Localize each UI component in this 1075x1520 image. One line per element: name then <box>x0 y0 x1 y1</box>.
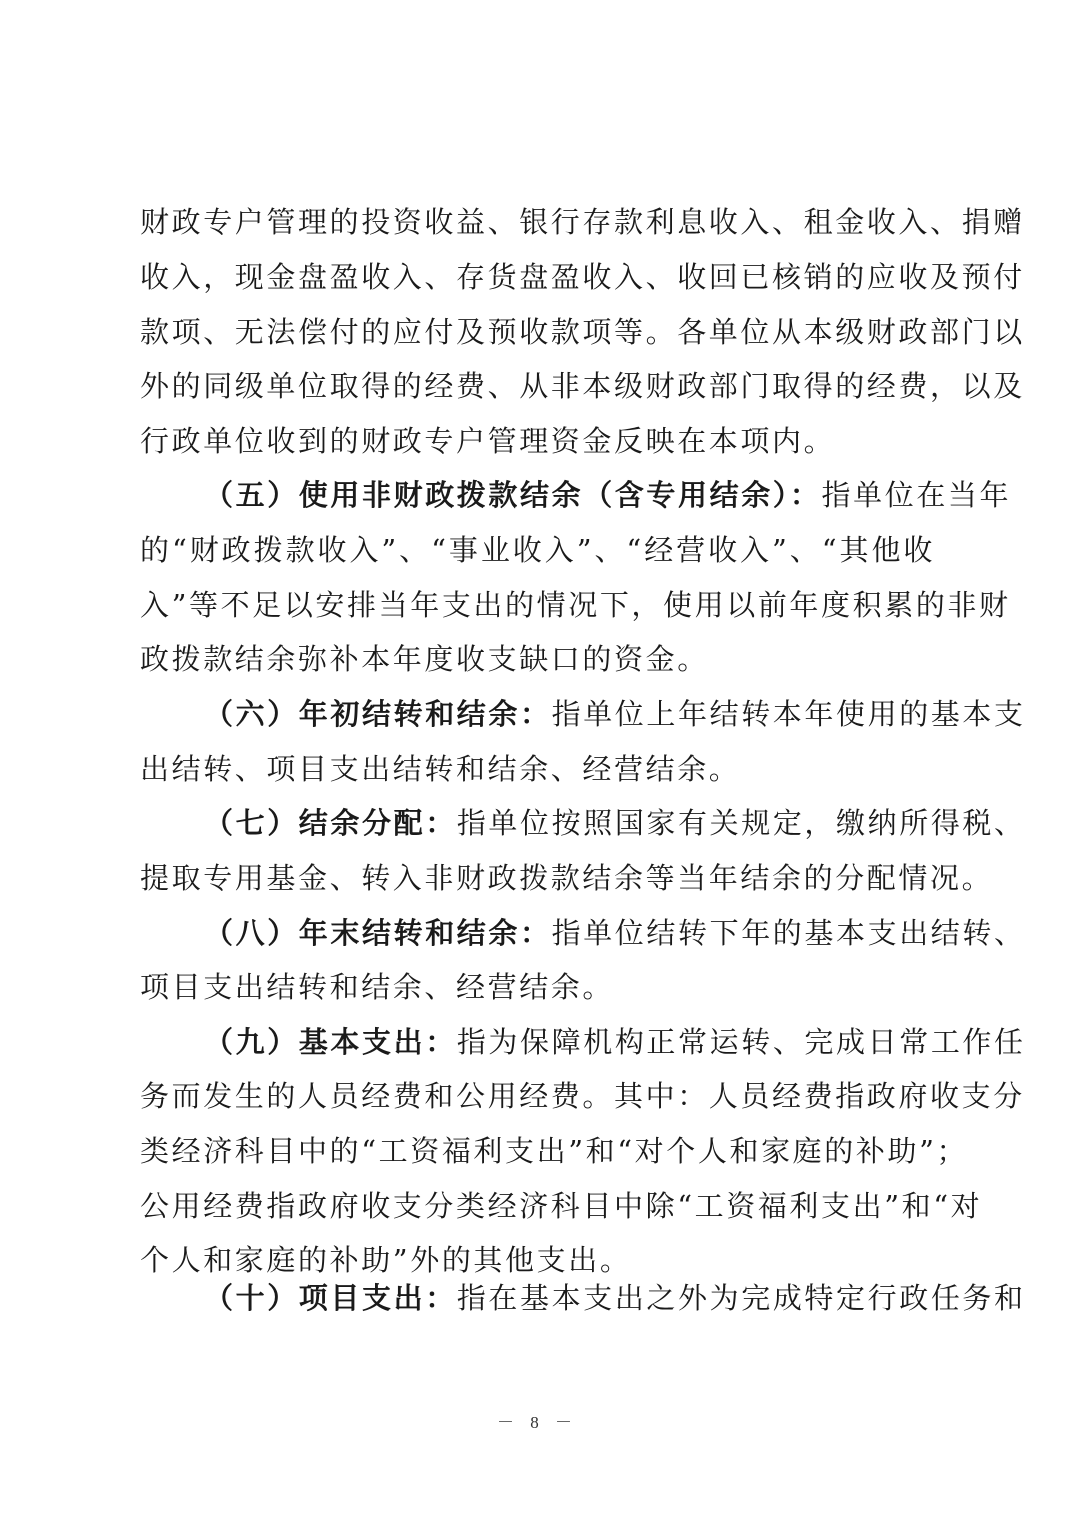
line-text: 收入，现金盘盈收入、存货盘盈收入、收回已核销的应收及预付 <box>140 260 1025 294</box>
text-line: 务而发生的人员经费和公用经费。其中：人员经费指政府收支分 <box>140 1076 935 1116</box>
section-7-first-line: （七）结余分配：指单位按照国家有关规定，缴纳所得税、 <box>204 803 935 843</box>
line-text: 指单位在当年 <box>822 478 1012 512</box>
line-text: 指在基本支出之外为完成特定行政任务和 <box>457 1281 1026 1315</box>
section-heading: （六）年初结转和结余： <box>204 697 552 731</box>
section-10-first-line: （十）项目支出：指在基本支出之外为完成特定行政任务和 <box>204 1278 935 1318</box>
section-5-first-line: （五）使用非财政拨款结余（含专用结余）：指单位在当年 <box>204 475 935 515</box>
line-text: 提取专用基金、转入非财政拨款结余等当年结余的分配情况。 <box>140 861 993 895</box>
text-line: 款项、无法偿付的应付及预收款项等。各单位从本级财政部门以 <box>140 312 935 352</box>
section-heading: （七）结余分配： <box>204 806 457 840</box>
text-line: 的“财政拨款收入”、“事业收入”、“经营收入”、“其他收 <box>140 530 935 570</box>
line-text: 指为保障机构正常运转、完成日常工作任 <box>457 1025 1026 1059</box>
line-text: 财政专户管理的投资收益、银行存款利息收入、租金收入、捐赠 <box>140 205 1025 239</box>
text-line: 公用经费指政府收支分类经济科目中除“工资福利支出”和“对 <box>140 1186 935 1226</box>
line-text: 指单位上年结转本年使用的基本支 <box>552 697 1026 731</box>
line-text: 公用经费指政府收支分类经济科目中除“工资福利支出”和“对 <box>140 1189 982 1223</box>
line-text: 项目支出结转和结余、经营结余。 <box>140 970 614 1004</box>
section-9-first-line: （九）基本支出：指为保障机构正常运转、完成日常工作任 <box>204 1022 935 1062</box>
text-line: 外的同级单位取得的经费、从非本级财政部门取得的经费，以及 <box>140 366 935 406</box>
section-heading: （五）使用非财政拨款结余（含专用结余）： <box>204 478 822 512</box>
section-6-first-line: （六）年初结转和结余：指单位上年结转本年使用的基本支 <box>204 694 935 734</box>
text-line: 行政单位收到的财政专户管理资金反映在本项内。 <box>140 421 835 461</box>
page-number: － 8 － <box>0 1408 1075 1433</box>
text-line: 收入，现金盘盈收入、存货盘盈收入、收回已核销的应收及预付 <box>140 257 935 297</box>
line-text: 政拨款结余弥补本年度收支缺口的资金。 <box>140 642 709 676</box>
line-text: 外的同级单位取得的经费、从非本级财政部门取得的经费，以及 <box>140 369 1025 403</box>
line-text: 出结转、项目支出结转和结余、经营结余。 <box>140 752 740 786</box>
text-line: 项目支出结转和结余、经营结余。 <box>140 967 614 1007</box>
line-text: 类经济科目中的“工资福利支出”和“对个人和家庭的补助”； <box>140 1134 968 1168</box>
line-text: 的“财政拨款收入”、“事业收入”、“经营收入”、“其他收 <box>140 533 935 567</box>
line-text: 务而发生的人员经费和公用经费。其中：人员经费指政府收支分 <box>140 1079 1025 1113</box>
document-page: 财政专户管理的投资收益、银行存款利息收入、租金收入、捐赠 收入，现金盘盈收入、存… <box>0 0 1075 1520</box>
text-line: 提取专用基金、转入非财政拨款结余等当年结余的分配情况。 <box>140 858 993 898</box>
line-text: 行政单位收到的财政专户管理资金反映在本项内。 <box>140 424 835 458</box>
section-heading: （八）年末结转和结余： <box>204 916 552 950</box>
text-line: 个人和家庭的补助”外的其他支出。 <box>140 1240 631 1280</box>
line-text: 个人和家庭的补助”外的其他支出。 <box>140 1243 631 1277</box>
line-text: 指单位按照国家有关规定，缴纳所得税、 <box>457 806 1026 840</box>
text-line: 财政专户管理的投资收益、银行存款利息收入、租金收入、捐赠 <box>140 202 935 242</box>
line-text: 入”等不足以安排当年支出的情况下，使用以前年度积累的非财 <box>140 588 1011 622</box>
text-line: 类经济科目中的“工资福利支出”和“对个人和家庭的补助”； <box>140 1131 935 1171</box>
text-line: 入”等不足以安排当年支出的情况下，使用以前年度积累的非财 <box>140 585 935 625</box>
line-text: 款项、无法偿付的应付及预收款项等。各单位从本级财政部门以 <box>140 315 1025 349</box>
section-8-first-line: （八）年末结转和结余：指单位结转下年的基本支出结转、 <box>204 913 935 953</box>
line-text: 指单位结转下年的基本支出结转、 <box>552 916 1026 950</box>
text-line: 出结转、项目支出结转和结余、经营结余。 <box>140 749 740 789</box>
section-heading: （十）项目支出： <box>204 1281 457 1315</box>
section-heading: （九）基本支出： <box>204 1025 457 1059</box>
text-line: 政拨款结余弥补本年度收支缺口的资金。 <box>140 639 709 679</box>
